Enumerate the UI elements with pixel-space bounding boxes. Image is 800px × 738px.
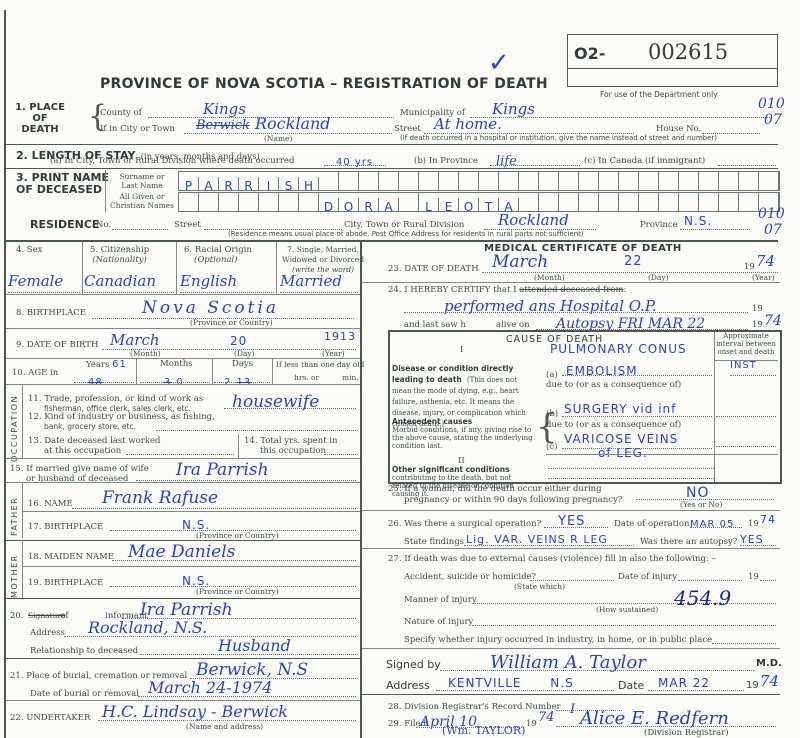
age-months-field[interactable]: 3 0	[140, 370, 210, 383]
injury-year-field[interactable]	[760, 570, 776, 581]
father-side-label: FATHER	[10, 492, 19, 536]
name-letter-box[interactable]	[339, 172, 359, 190]
informant-signature-field[interactable]: Ira Parrish	[122, 600, 356, 619]
house-no-field[interactable]	[702, 119, 760, 134]
registrar-caption: (Division Registrar)	[644, 728, 729, 738]
name-letter-box[interactable]: O	[459, 198, 479, 212]
father-birthplace-label: 17. BIRTHPLACE	[28, 522, 103, 532]
given-names-boxes[interactable]: DORALEOTA	[178, 192, 780, 212]
accident-field[interactable]	[530, 570, 614, 581]
name-letter-box[interactable]	[719, 193, 739, 211]
burial-place-field[interactable]: Berwick, N.S	[190, 660, 356, 679]
name-letter-box[interactable]	[599, 172, 619, 190]
name-letter-box[interactable]: A	[199, 177, 219, 191]
physician-name-note: (Wm. TAYLOR)	[442, 724, 525, 737]
q26-field[interactable]: YES	[544, 510, 608, 528]
registration-number-box: O2- 002615	[567, 34, 778, 87]
cause-b-interval-field[interactable]	[716, 410, 776, 417]
mother-birthplace-label: 19. BIRTHPLACE	[28, 578, 103, 588]
name-letter-box[interactable]	[639, 193, 659, 211]
stay-c-label: (c) In Canada (if immigrant)	[584, 156, 705, 166]
injury-date-label: Date of injury	[618, 572, 677, 582]
name-letter-box[interactable]	[519, 193, 539, 211]
date-of-death-field[interactable]: March 22 19 74	[482, 252, 778, 273]
hrs-label: hrs. or	[294, 373, 319, 382]
name-letter-box[interactable]	[699, 172, 719, 190]
form-left-border	[4, 10, 6, 738]
house-no-label: House No.	[656, 124, 701, 134]
surname-boxes[interactable]: PARRISH	[178, 171, 780, 191]
q27-label: 27. If death was due to external causes …	[388, 554, 716, 564]
name-letter-box[interactable]	[679, 172, 699, 190]
name-letter-box[interactable]	[399, 193, 419, 211]
accident-label: Accident, suicide or homicide?	[404, 572, 536, 582]
name-letter-box[interactable]: R	[219, 177, 239, 191]
signed-year: 74	[760, 672, 779, 690]
q25-field[interactable]: NO	[636, 482, 774, 500]
name-letter-box[interactable]: R	[239, 177, 259, 191]
operation-date-field[interactable]: MAR 05	[690, 512, 742, 528]
father-birthplace-caption: (Province or Country)	[196, 531, 279, 540]
nature-field[interactable]	[472, 615, 776, 626]
name-letter-box[interactable]	[299, 193, 319, 211]
occupation-side-label: OCCUPATION	[10, 396, 19, 462]
date-of-birth-field[interactable]: March 20 1913	[102, 330, 356, 350]
name-letter-box[interactable]: H	[299, 177, 319, 191]
q29-year-prefix: 19	[526, 719, 537, 729]
name-letter-box[interactable]	[639, 172, 659, 190]
findings-field[interactable]: Lig. VAR. VEINS R LEG	[464, 528, 634, 546]
name-letter-box[interactable]	[659, 172, 679, 190]
manner-caption: (How sustained)	[596, 605, 658, 614]
name-letter-box[interactable]	[219, 193, 239, 211]
name-letter-box[interactable]	[359, 172, 379, 190]
surname-label: Surname or Last Name	[108, 172, 176, 190]
signed-date-field[interactable]: MAR 22	[648, 672, 744, 691]
q25-caption: (Yes or No)	[680, 500, 722, 509]
nature-label: Nature of injury	[404, 617, 473, 627]
last-saw-label: and last saw h	[404, 320, 466, 330]
street-label: Street	[394, 124, 421, 134]
alive-on-field[interactable]: Autopsy FRI MAR 22	[536, 313, 748, 330]
dod-year-caption: (Year)	[752, 273, 775, 282]
age-days-label: Days	[232, 359, 253, 369]
name-letter-box[interactable]	[679, 193, 699, 211]
cause-c-label: (c)	[546, 442, 557, 452]
cause-c-interval-field[interactable]	[716, 440, 776, 447]
mother-name-label: 18. MAIDEN NAME	[28, 552, 114, 562]
undertaker-label: 22. UNDERTAKER	[10, 713, 90, 723]
sex-field[interactable]: Female	[8, 272, 80, 293]
racial-origin-field[interactable]: English	[180, 272, 274, 293]
name-letter-box[interactable]	[539, 193, 559, 211]
residence-code-1: 010	[758, 206, 785, 222]
informant-address-field[interactable]: Rockland, N.S.	[64, 618, 356, 637]
alive-year: 74	[764, 313, 782, 329]
interval-label: Approximate interval between onset and d…	[716, 332, 776, 356]
q29-year: 74	[538, 710, 555, 725]
informant-address-label: Address	[30, 628, 65, 638]
name-letter-box[interactable]	[259, 193, 279, 211]
operation-year: 74	[760, 513, 776, 526]
md-label: M.D.	[756, 658, 782, 669]
name-letter-box[interactable]: A	[379, 198, 399, 212]
residence-code-2: 07	[764, 222, 782, 238]
physician-address-label: Address	[386, 679, 430, 692]
mother-birthplace-caption: (Province or Country)	[196, 587, 279, 596]
spouse-field[interactable]: Ira Parrish	[136, 460, 356, 481]
name-letter-box[interactable]	[439, 172, 459, 190]
name-letter-box[interactable]	[659, 193, 679, 211]
father-name-label: 16. NAME	[28, 499, 73, 509]
undertaker-caption: (Name and address)	[186, 722, 263, 731]
burial-date-label: Date of burial or removal	[30, 689, 139, 699]
relationship-field[interactable]: Husband	[140, 636, 356, 655]
cause-b-field[interactable]: SURGERY vid inf	[562, 398, 712, 417]
cause-a-due-to: due to (or as a consequence of)	[546, 380, 681, 390]
name-letter-box[interactable]: S	[279, 177, 299, 191]
place-of-death-label: 1. PLACE OF DEATH	[14, 102, 66, 135]
name-letter-box[interactable]	[599, 193, 619, 211]
name-letter-box[interactable]	[459, 172, 479, 190]
name-letter-box[interactable]: L	[419, 198, 439, 212]
dob-day-caption: (Day)	[234, 349, 255, 358]
burial-date-field[interactable]: March 24-1974	[138, 678, 356, 697]
dod-month-caption: (Month)	[534, 273, 565, 282]
stay-b-field[interactable]: life	[490, 150, 580, 166]
racial-origin-label: 6. Racial Origin (Optional)	[184, 245, 252, 265]
age-days-field[interactable]: 2 13	[214, 370, 270, 383]
street-field[interactable]: At home.	[424, 114, 634, 134]
checkmark: ✓	[488, 48, 510, 78]
signed-year-prefix: 19	[746, 680, 759, 691]
name-letter-box[interactable]	[199, 193, 219, 211]
name-letter-box[interactable]: D	[319, 198, 339, 212]
name-letter-box[interactable]	[499, 172, 519, 190]
mother-name-field[interactable]: Mae Daniels	[112, 542, 356, 561]
alive-on-label: alive on	[496, 320, 530, 330]
form-title: PROVINCE OF NOVA SCOTIA – REGISTRATION O…	[100, 76, 548, 92]
sex-label: 4. Sex	[16, 245, 42, 255]
father-name-field[interactable]: Frank Rafuse	[72, 488, 356, 509]
name-letter-box[interactable]: O	[339, 198, 359, 212]
citizenship-field[interactable]: Canadian	[84, 272, 174, 293]
cause-c-value-line2: of LEG.	[598, 446, 648, 460]
cause-a-value-line1: PULMONARY CONUS	[550, 342, 687, 356]
signed-by-label: Signed by	[386, 658, 441, 671]
other-conditions-field-1[interactable]	[548, 462, 714, 469]
q13-field[interactable]	[126, 446, 234, 455]
name-letter-box[interactable]	[539, 172, 559, 190]
findings-label: State findings	[404, 537, 464, 547]
spouse-label: 15. If married give name of wife or husb…	[10, 464, 149, 484]
autopsy-label: Was there an autopsy?	[640, 537, 737, 547]
stay-a-field[interactable]: 40 yrs	[324, 150, 386, 166]
cause-b-label: (b)	[546, 409, 558, 419]
name-letter-box[interactable]	[479, 172, 499, 190]
citizenship-label: 5. Citizenship (Nationality)	[90, 245, 149, 265]
cause-a-field[interactable]: EMBOLISM	[562, 360, 712, 376]
stay-a-label: (a) In City, Town or Rural Division wher…	[50, 156, 294, 166]
city-label: If in City or Town	[100, 124, 175, 134]
date-of-death-label: 23. DATE OF DEATH	[388, 264, 479, 274]
other-conditions-field-2[interactable]	[548, 474, 714, 479]
stay-c-field[interactable]	[718, 150, 776, 166]
q14-field[interactable]	[324, 446, 356, 455]
name-letter-box[interactable]	[559, 193, 579, 211]
relationship-label: Relationship to deceased	[30, 646, 138, 656]
city-field[interactable]: Berwick Rockland	[184, 114, 392, 134]
age-years-label: Years 61	[86, 359, 127, 370]
hospital-note: (If death occurred in a hospital or inst…	[400, 134, 717, 142]
name-letter-box[interactable]	[719, 172, 739, 190]
county-label: County of	[100, 108, 142, 118]
residence-street-field[interactable]	[204, 219, 342, 230]
state-which-caption: (State which)	[514, 582, 565, 591]
age-months-label: Months	[160, 359, 193, 369]
name-letter-box[interactable]	[239, 193, 259, 211]
residence-street-label: Street	[174, 220, 201, 230]
name-caption: (Name)	[264, 134, 292, 143]
attended-year-prefix: 19	[752, 304, 763, 314]
antecedent-description: Antecedent causes Morbid conditions, if …	[392, 418, 537, 450]
name-letter-box[interactable]	[519, 172, 539, 190]
dob-month-caption: (Month)	[130, 349, 161, 358]
residence-province-field[interactable]: N.S.	[680, 210, 750, 230]
autopsy-field[interactable]: YES	[740, 528, 776, 546]
residence-city-field[interactable]: Rockland	[484, 210, 596, 230]
residence-label: RESIDENCE	[30, 218, 99, 231]
marital-status-label: 7. Single, Married, Widowed or Divorced …	[282, 245, 364, 275]
physician-address-field[interactable]: KENTVILLE N.S	[436, 672, 614, 691]
name-of-deceased-label: 3. PRINT NAME OF DECEASED	[16, 172, 109, 196]
residence-city-label: City, Town or Rural Division	[344, 220, 464, 230]
name-letter-box[interactable]	[319, 172, 339, 190]
name-letter-box[interactable]	[619, 172, 639, 190]
name-letter-box[interactable]	[279, 193, 299, 211]
place-code-2: 07	[764, 112, 782, 128]
certify-label: 24. I HEREBY CERTIFY that I attended dec…	[388, 285, 626, 295]
specify-label: Specify whether injury occurred in indus…	[404, 635, 712, 645]
age-label: 10. AGE in	[12, 368, 58, 378]
q12-field[interactable]	[156, 420, 356, 431]
less-than-day-label: If less than one day old	[276, 360, 364, 369]
name-letter-box[interactable]	[379, 172, 399, 190]
place-code-1: 010	[758, 96, 785, 112]
age-years-field[interactable]: 48	[74, 370, 134, 383]
dob-year-caption: (Year)	[322, 349, 345, 358]
registration-prefix: O2-	[574, 44, 605, 63]
q25-label: 25. If a woman, did the death occur eith…	[388, 484, 622, 506]
birthplace-field[interactable]: Nova Scotia	[92, 298, 354, 319]
mother-side-label: MOTHER	[10, 550, 19, 598]
given-names-label: All Given or Christian Names	[106, 192, 178, 210]
name-letter-box[interactable]	[179, 193, 199, 211]
q11-label: 11. Trade, profession, or kind of work a…	[28, 394, 203, 414]
birthplace-caption: (Province or Country)	[190, 318, 273, 327]
father-birthplace-field[interactable]: N.S.	[110, 514, 356, 531]
injury-year-prefix: 19	[748, 572, 759, 582]
alive-year-prefix: 19	[752, 320, 763, 330]
stay-b-label: (b) In Province	[414, 156, 478, 166]
name-letter-box[interactable]	[739, 193, 759, 211]
residence-no-field[interactable]	[112, 219, 168, 230]
specify-field[interactable]	[712, 633, 776, 644]
mother-birthplace-field[interactable]: N.S.	[110, 570, 356, 587]
residence-no-label: No.	[96, 220, 111, 230]
manner-label: Manner of injury	[404, 595, 477, 605]
name-letter-box[interactable]	[579, 193, 599, 211]
name-letter-box[interactable]: R	[359, 198, 379, 212]
attended-field[interactable]: performed ans Hospital O.P.	[404, 296, 748, 313]
cause-a-interval-field[interactable]: INST	[730, 360, 776, 376]
name-letter-box[interactable]: E	[439, 198, 459, 212]
q11-field[interactable]: housewife	[224, 392, 356, 409]
cause-a-label: (a)	[546, 370, 558, 380]
name-letter-box[interactable]: I	[259, 177, 279, 191]
date-of-birth-label: 9. DATE OF BIRTH	[16, 340, 98, 350]
undertaker-field[interactable]: H.C. Lindsay - Berwick	[98, 702, 356, 721]
part-1-label: I	[460, 345, 463, 355]
name-letter-box[interactable]	[739, 172, 759, 190]
injury-date-field[interactable]	[678, 570, 742, 581]
name-letter-box[interactable]	[759, 172, 779, 190]
icd-code: 454.9	[674, 586, 731, 610]
dod-day-caption: (Day)	[648, 273, 669, 282]
residence-note: (Residence means usual place of abode. P…	[228, 230, 584, 238]
name-letter-box[interactable]	[419, 172, 439, 190]
name-letter-box[interactable]	[579, 172, 599, 190]
marital-status-field[interactable]: Married	[280, 272, 358, 293]
residence-province-label: Province	[640, 220, 678, 230]
birthplace-label: 8. BIRTHPLACE	[16, 308, 86, 318]
signed-by-field[interactable]: William A. Taylor	[440, 652, 754, 671]
min-label: min.	[342, 373, 359, 382]
registration-number: 002615	[648, 40, 728, 64]
name-letter-box[interactable]: P	[179, 177, 199, 191]
name-letter-box[interactable]	[619, 193, 639, 211]
name-letter-box[interactable]	[699, 193, 719, 211]
name-letter-box[interactable]	[399, 172, 419, 190]
name-letter-box[interactable]	[559, 172, 579, 190]
department-note: For use of the Department only	[600, 90, 718, 99]
registrar-signature-field[interactable]: Alice E. Redfern	[556, 708, 776, 727]
signed-date-label: Date	[618, 679, 644, 692]
